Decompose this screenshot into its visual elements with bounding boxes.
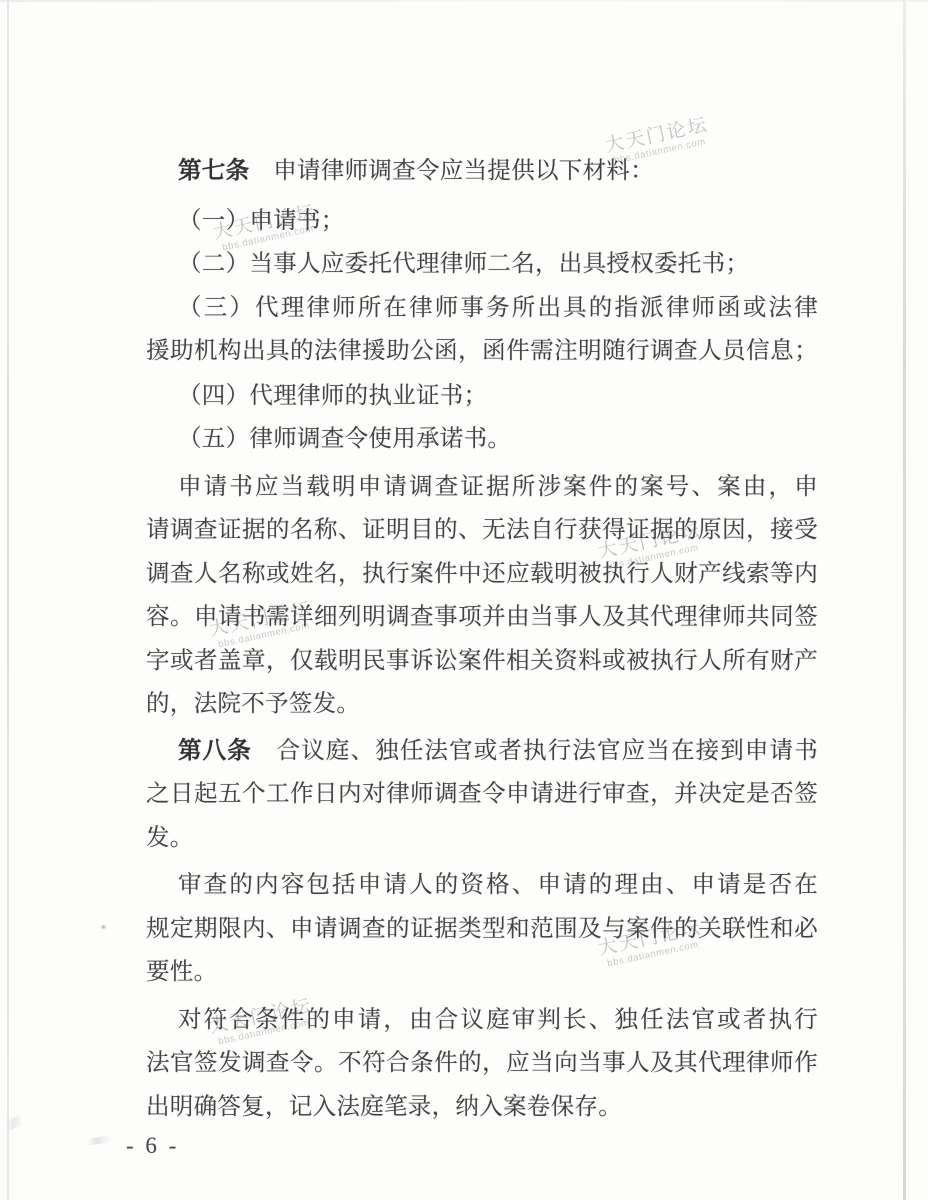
text-line: 第七条 申请律师调查令应当提供以下材料： bbox=[146, 150, 818, 194]
text-line: 对符合条件的申请，由合议庭审判长、独任法官或者执行 bbox=[146, 999, 818, 1043]
text-line: 申请书应当载明申请调查证据所涉案件的案号、案由，申 bbox=[146, 466, 818, 510]
text-line: 容。申请书需详细列明调查事项并由当事人及其代理律师共同签 bbox=[146, 596, 818, 640]
text-line: （四）代理律师的执业证书； bbox=[146, 375, 818, 419]
scan-edge-left bbox=[7, 0, 9, 1200]
scan-edge-right bbox=[903, 0, 906, 1200]
text-line: 出明确答复，记入法庭笔录，纳入案卷保存。 bbox=[146, 1086, 818, 1130]
text-line: 的，法院不予签发。 bbox=[146, 683, 818, 727]
text-line: 法官签发调查令。不符合条件的，应当向当事人及其代理律师作 bbox=[146, 1042, 818, 1086]
text-lines: 第七条 申请律师调查令应当提供以下材料：（一）申请书；（二）当事人应委托代理律师… bbox=[146, 150, 818, 1129]
scan-speck bbox=[88, 1136, 111, 1146]
text-line: 要性。 bbox=[146, 951, 818, 995]
text-line: （五）律师调查令使用承诺书。 bbox=[146, 418, 818, 462]
scan-speck bbox=[101, 925, 106, 929]
article-number: 第八条 bbox=[178, 738, 252, 764]
text-line: （三）代理律师所在律师事务所出具的指派律师函或法律 bbox=[146, 287, 818, 331]
article-number: 第七条 bbox=[178, 158, 249, 184]
page-number: - 6 - bbox=[126, 1133, 179, 1159]
text-line: 第八条 合议庭、独任法官或者执行法官应当在接到申请书 bbox=[146, 730, 818, 774]
text-line: 调查人名称或姓名，执行案件中还应载明被执行人财产线索等内 bbox=[146, 553, 818, 597]
text-line: 字或者盖章，仅载明民事诉讼案件相关资料或被执行人所有财产 bbox=[146, 640, 818, 684]
scan-edge-top bbox=[0, 0, 928, 2]
text-line: 审查的内容包括申请人的资格、申请的理由、申请是否在 bbox=[146, 864, 818, 908]
text-line: （二）当事人应委托代理律师二名，出具授权委托书； bbox=[146, 243, 818, 287]
text-line: （一）申请书； bbox=[146, 200, 818, 244]
text-line: 规定期限内、申请调查的证据类型和范围及与案件的关联性和必 bbox=[146, 908, 818, 952]
text-line: 请调查证据的名称、证明目的、无法自行获得证据的原因，接受 bbox=[146, 509, 818, 553]
text-line: 援助机构出具的法律援助公函，函件需注明随行调查人员信息； bbox=[146, 330, 818, 374]
text-line: 之日起五个工作日内对律师调查令申请进行审查，并决定是否签 bbox=[146, 773, 818, 817]
text-line: 发。 bbox=[146, 817, 818, 861]
document-page: 大天门论坛 bbs.datianmen.com 大天门论坛 bbs.datian… bbox=[0, 0, 928, 1200]
